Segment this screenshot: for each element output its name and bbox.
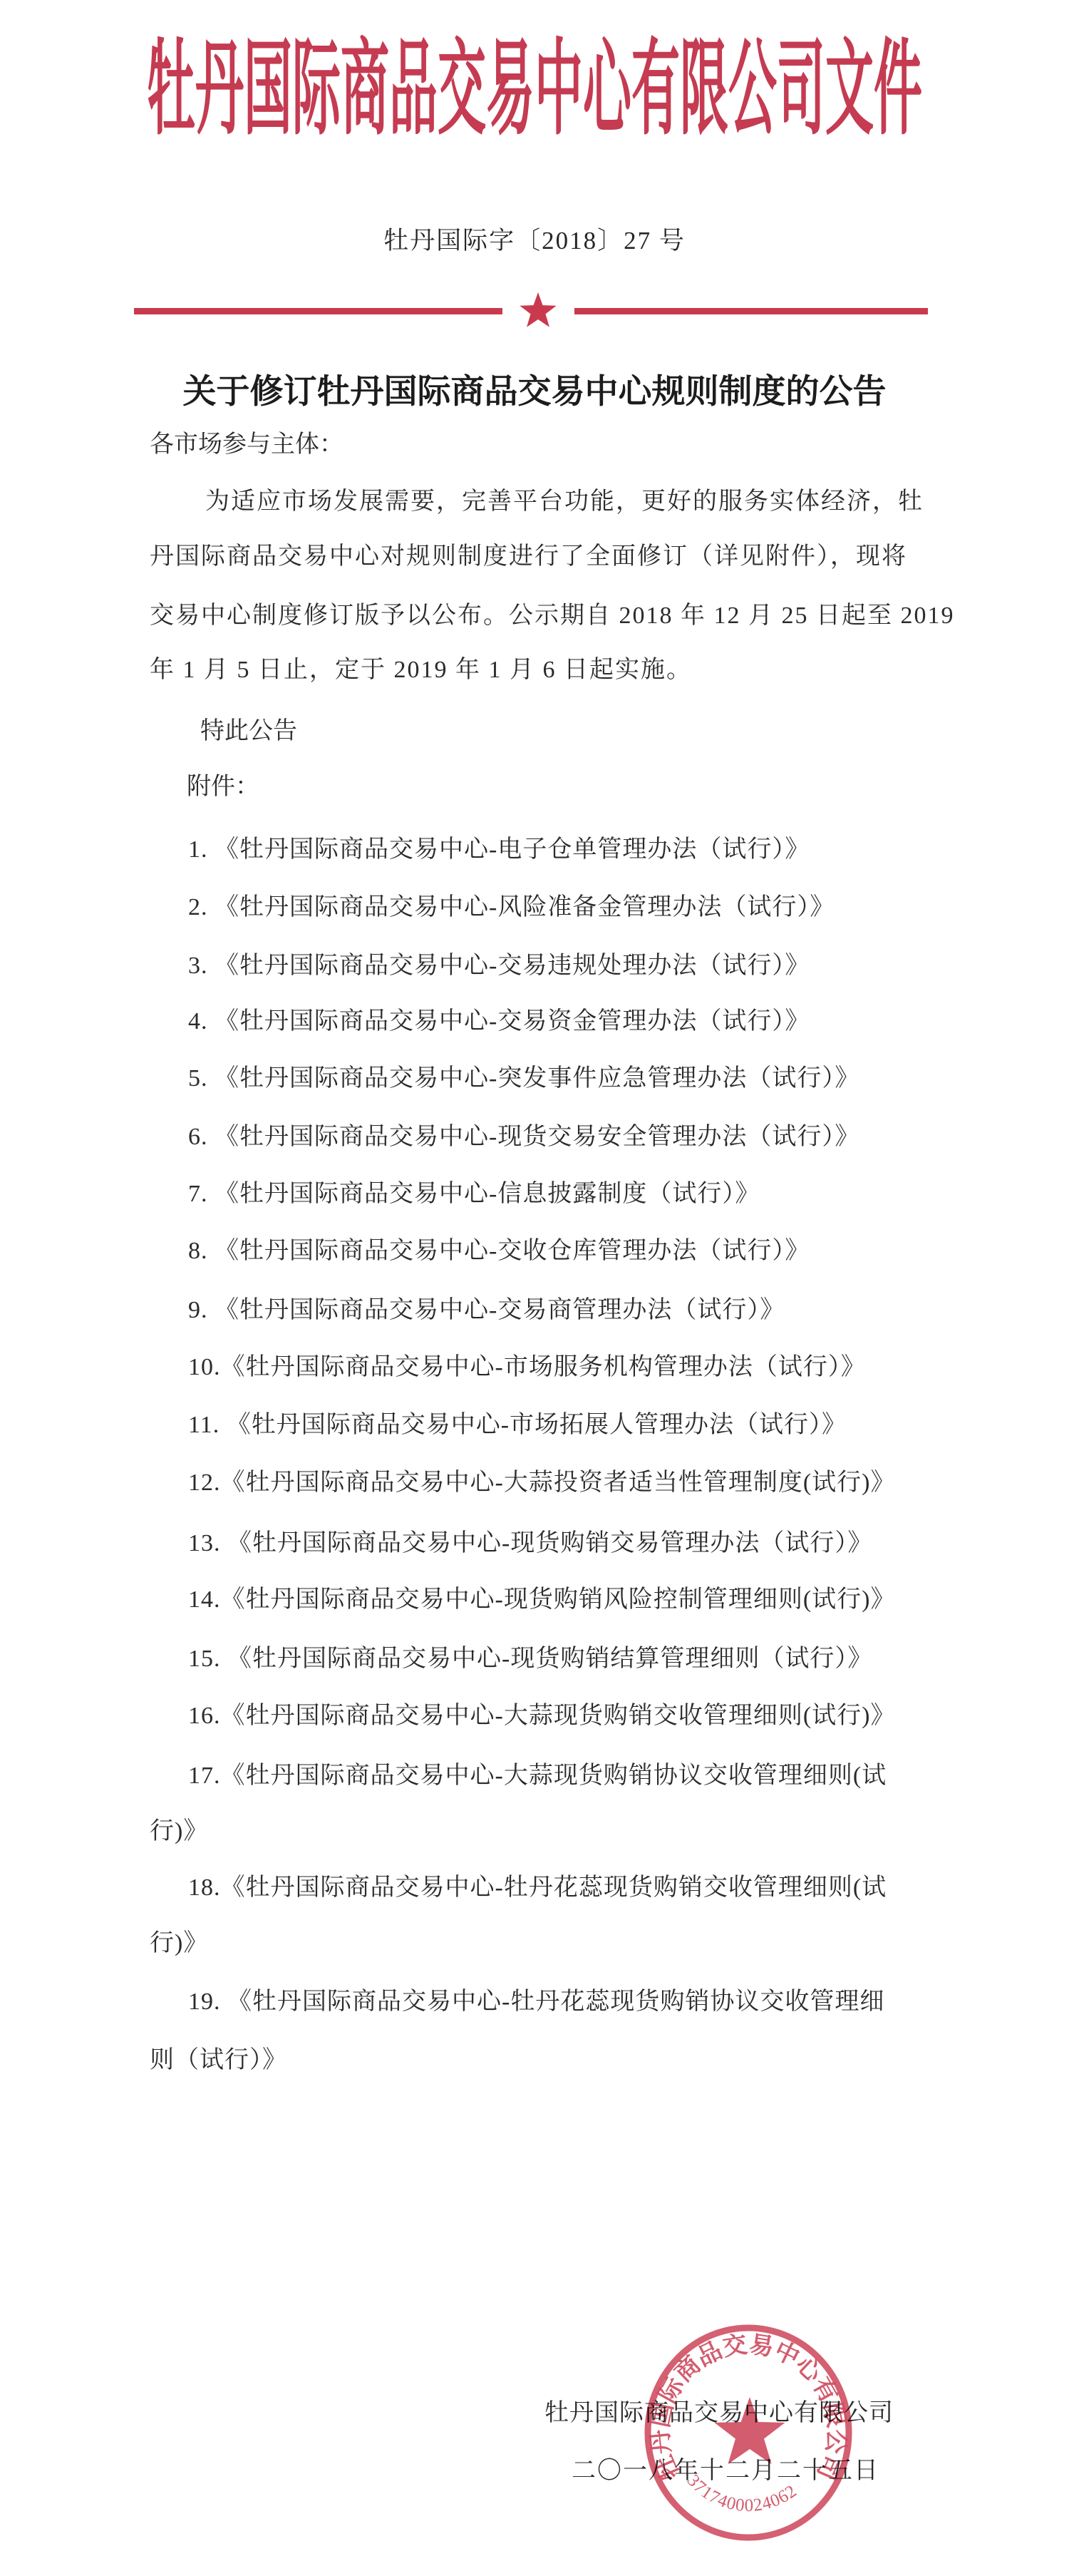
attachment-item-line: 4. 《牡丹国际商品交易中心-交易资金管理办法（试行）》 — [150, 1008, 979, 1035]
seal-ring — [648, 2328, 849, 2537]
attachment-item-line: 8. 《牡丹国际商品交易中心-交收仓库管理办法（试行）》 — [150, 1238, 979, 1264]
attachment-item-line: 2. 《牡丹国际商品交易中心-风险准备金管理办法（试行）》 — [150, 894, 979, 920]
attachment-item-line: 5. 《牡丹国际商品交易中心-突发事件应急管理办法（试行）》 — [150, 1065, 979, 1092]
divider-line-right — [574, 308, 928, 314]
body-line: 为适应市场发展需要，完善平台功能，更好的服务实体经济，牡 — [150, 488, 996, 515]
attachment-item-wrap-line: 则（试行）》 — [150, 2047, 941, 2073]
attachment-item-line: 16.《牡丹国际商品交易中心-大蒜现货购销交收管理细则(试行)》 — [150, 1703, 979, 1729]
attachment-item-wrap-line: 行)》 — [150, 1818, 941, 1844]
announcement-title: 关于修订牡丹国际商品交易中心规则制度的公告 — [0, 365, 1069, 413]
attachment-item-line: 12.《牡丹国际商品交易中心-大蒜投资者适当性管理制度(试行)》 — [150, 1469, 979, 1496]
divider-star-icon — [510, 289, 567, 332]
signature-company: 牡丹国际商品交易中心有限公司 — [544, 2393, 894, 2428]
closing-line: 特此公告 — [150, 718, 991, 744]
attachment-item-line: 10.《牡丹国际商品交易中心-市场服务机构管理办法（试行）》 — [150, 1354, 979, 1380]
attachment-item-wrap-line: 行)》 — [150, 1930, 941, 1956]
document-page: 牡丹国际商品交易中心有限公司文件 牡丹国际字〔2018〕27 号 关于修订牡丹国… — [0, 0, 1069, 2576]
attachment-item-line: 14.《牡丹国际商品交易中心-现货购销风险控制管理细则(试行)》 — [150, 1586, 979, 1613]
body-line: 年 1 月 5 日止，定于 2019 年 1 月 6 日起实施。 — [150, 657, 941, 683]
attachment-item-line: 17.《牡丹国际商品交易中心-大蒜现货购销协议交收管理细则(试 — [150, 1762, 979, 1789]
attachments-label: 附件： — [150, 774, 978, 800]
letterhead-title: 牡丹国际商品交易中心有限公司文件 — [0, 36, 1069, 145]
salutation-line: 各市场参与主体： — [150, 431, 941, 458]
attachment-item-line: 3. 《牡丹国际商品交易中心-交易违规处理办法（试行）》 — [150, 953, 979, 979]
document-number: 牡丹国际字〔2018〕27 号 — [0, 221, 1069, 257]
attachment-item-line: 15. 《牡丹国际商品交易中心-现货购销结算管理细则（试行）》 — [150, 1646, 979, 1672]
attachment-item-line: 7. 《牡丹国际商品交易中心-信息披露制度（试行）》 — [150, 1181, 979, 1207]
attachment-item-line: 1. 《牡丹国际商品交易中心-电子仓单管理办法（试行）》 — [150, 836, 979, 863]
attachment-item-line: 19. 《牡丹国际商品交易中心-牡丹花蕊现货购销协议交收管理细 — [150, 1989, 979, 2015]
attachment-item-line: 9. 《牡丹国际商品交易中心-交易商管理办法（试行）》 — [150, 1297, 979, 1323]
signature-date: 二〇一八年十二月二十五日 — [572, 2451, 879, 2485]
divider-line-left — [134, 308, 502, 314]
attachment-item-line: 6. 《牡丹国际商品交易中心-现货交易安全管理办法（试行）》 — [150, 1124, 979, 1150]
body-line: 丹国际商品交易中心对规则制度进行了全面修订（详见附件），现将 — [150, 543, 941, 570]
attachment-item-line: 13. 《牡丹国际商品交易中心-现货购销交易管理办法（试行）》 — [150, 1530, 979, 1556]
attachment-item-line: 11. 《牡丹国际商品交易中心-市场拓展人管理办法（试行）》 — [150, 1412, 979, 1438]
attachment-item-line: 18.《牡丹国际商品交易中心-牡丹花蕊现货购销交收管理细则(试 — [150, 1874, 979, 1901]
body-line: 交易中心制度修订版予以公布。公示期自 2018 年 12 月 25 日起至 20… — [150, 602, 941, 629]
